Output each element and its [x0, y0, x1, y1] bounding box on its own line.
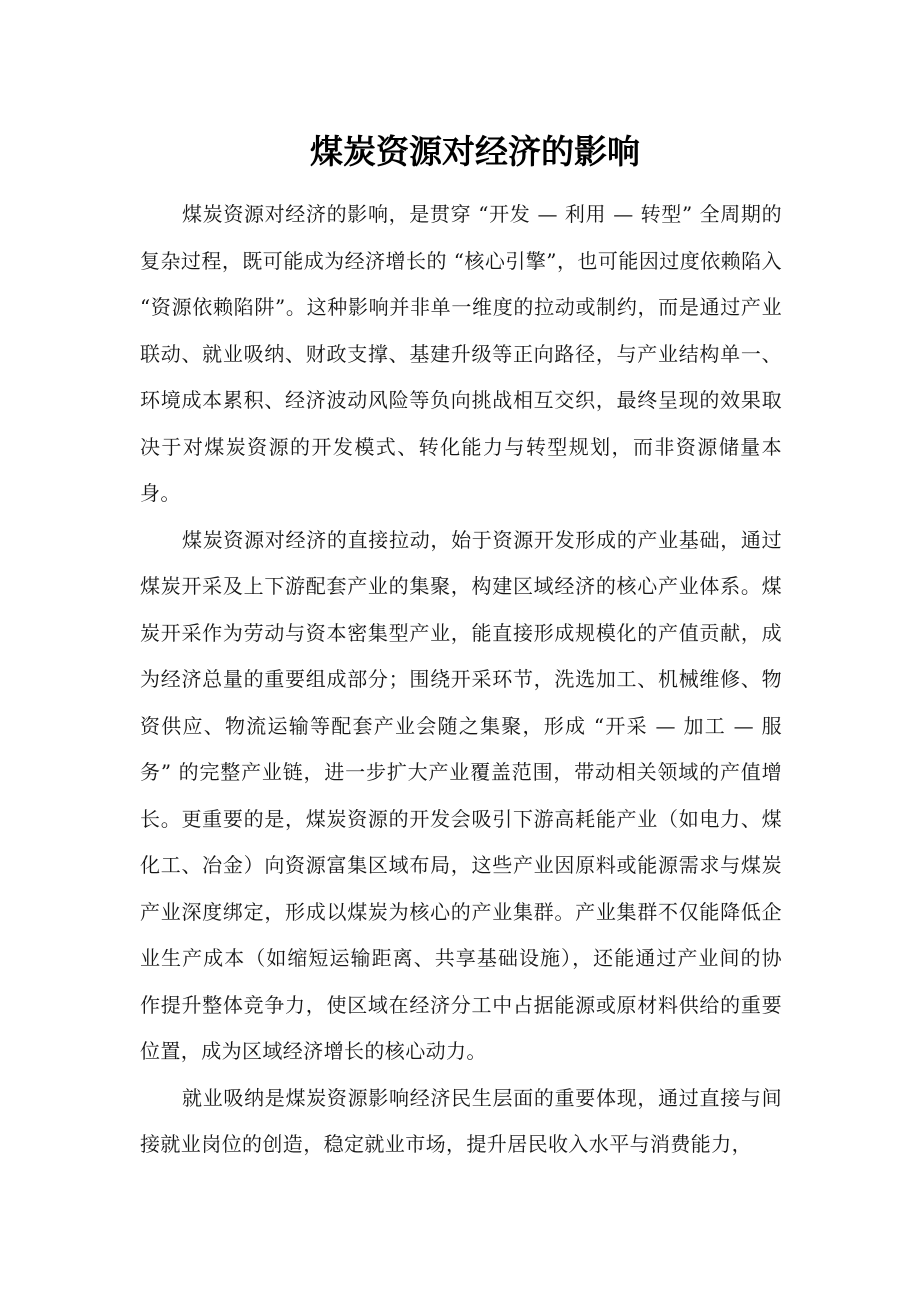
paragraph-industrial-pull: 煤炭资源对经济的直接拉动，始于资源开发形成的产业基础，通过煤炭开采及上下游配套产…: [140, 517, 782, 1075]
document-body: 煤炭资源对经济的影响，是贯穿 “开发 — 利用 — 转型” 全周期的复杂过程，既…: [140, 191, 782, 1168]
document-title: 煤炭资源对经济的影响: [0, 128, 920, 176]
paragraph-employment: 就业吸纳是煤炭资源影响经济民生层面的重要体现，通过直接与间接就业岗位的创造，稳定…: [140, 1075, 782, 1168]
paragraph-intro: 煤炭资源对经济的影响，是贯穿 “开发 — 利用 — 转型” 全周期的复杂过程，既…: [140, 191, 782, 517]
document-page: 煤炭资源对经济的影响 煤炭资源对经济的影响，是贯穿 “开发 — 利用 — 转型”…: [0, 0, 920, 1302]
